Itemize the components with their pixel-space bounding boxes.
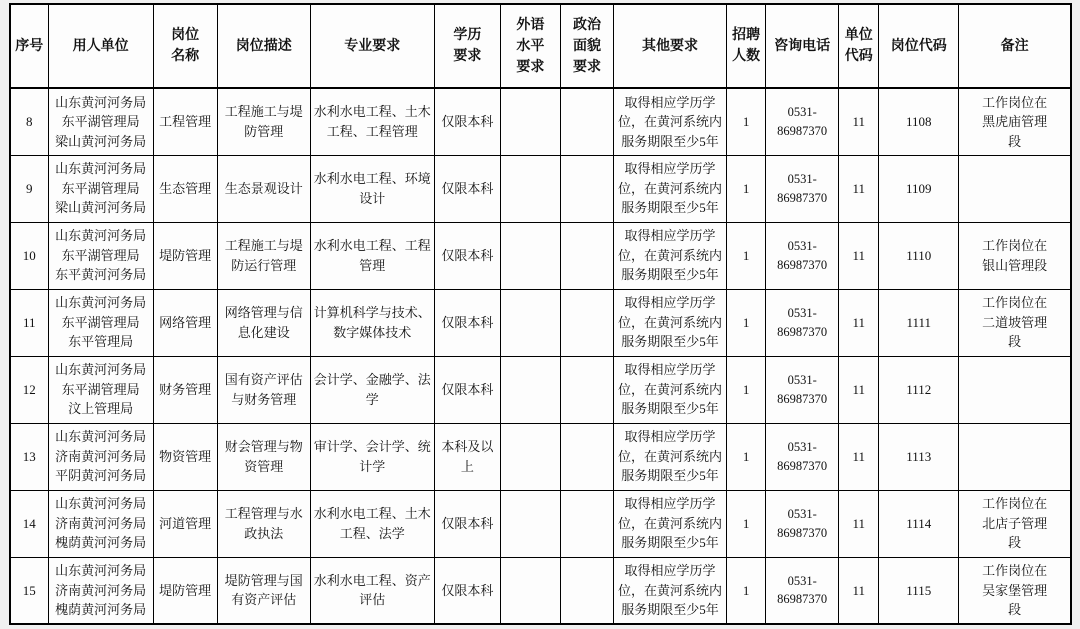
cell-political_req xyxy=(560,289,613,356)
cell-other_req: 取得相应学历学位，在黄河系统内服务期限至少5年 xyxy=(614,289,727,356)
cell-political_req xyxy=(560,423,613,490)
cell-position_name: 工程管理 xyxy=(153,88,217,155)
column-header-unit_code: 单位 代码 xyxy=(839,4,879,88)
cell-political_req xyxy=(560,222,613,289)
cell-political_req xyxy=(560,557,613,624)
cell-other_req: 取得相应学历学位，在黄河系统内服务期限至少5年 xyxy=(614,356,727,423)
cell-position_desc: 财会管理与物资管理 xyxy=(217,423,310,490)
cell-edu_req: 仅限本科 xyxy=(434,222,500,289)
cell-other_req: 取得相应学历学位，在黄河系统内服务期限至少5年 xyxy=(614,490,727,557)
cell-political_req xyxy=(560,490,613,557)
cell-foreign_lang_req xyxy=(500,155,560,222)
column-header-remark: 备注 xyxy=(959,4,1071,88)
cell-major_req: 水利水电工程、资产评估 xyxy=(310,557,434,624)
column-header-major_req: 专业要求 xyxy=(310,4,434,88)
cell-employer: 山东黄河河务局 济南黄河河务局 平阴黄河河务局 xyxy=(48,423,153,490)
cell-post_code: 1108 xyxy=(879,88,959,155)
cell-phone: 0531-86987370 xyxy=(766,155,839,222)
cell-foreign_lang_req xyxy=(500,557,560,624)
cell-headcount: 1 xyxy=(727,88,766,155)
cell-headcount: 1 xyxy=(727,356,766,423)
cell-position_desc: 生态景观设计 xyxy=(217,155,310,222)
cell-post_code: 1110 xyxy=(879,222,959,289)
cell-other_req: 取得相应学历学位，在黄河系统内服务期限至少5年 xyxy=(614,423,727,490)
table-row: 11山东黄河河务局 东平湖管理局 东平管理局网络管理网络管理与信息化建设计算机科… xyxy=(10,289,1071,356)
table-row: 8山东黄河河务局 东平湖管理局 梁山黄河河务局工程管理工程施工与堤防管理水利水电… xyxy=(10,88,1071,155)
cell-post_code: 1114 xyxy=(879,490,959,557)
cell-other_req: 取得相应学历学位，在黄河系统内服务期限至少5年 xyxy=(614,222,727,289)
cell-major_req: 计算机科学与技术、数字媒体技术 xyxy=(310,289,434,356)
cell-remark: 工作岗位在北店子管理段 xyxy=(959,490,1071,557)
cell-foreign_lang_req xyxy=(500,88,560,155)
column-header-seq: 序号 xyxy=(10,4,48,88)
cell-phone: 0531-86987370 xyxy=(766,289,839,356)
cell-position_desc: 工程管理与水政执法 xyxy=(217,490,310,557)
cell-position_name: 河道管理 xyxy=(153,490,217,557)
cell-post_code: 1112 xyxy=(879,356,959,423)
cell-remark: 工作岗位在黑虎庙管理段 xyxy=(959,88,1071,155)
cell-position_desc: 网络管理与信息化建设 xyxy=(217,289,310,356)
cell-phone: 0531-86987370 xyxy=(766,490,839,557)
cell-seq: 15 xyxy=(10,557,48,624)
cell-foreign_lang_req xyxy=(500,356,560,423)
cell-major_req: 水利水电工程、土木工程、法学 xyxy=(310,490,434,557)
cell-phone: 0531-86987370 xyxy=(766,423,839,490)
cell-headcount: 1 xyxy=(727,423,766,490)
cell-major_req: 水利水电工程、工程管理 xyxy=(310,222,434,289)
cell-political_req xyxy=(560,155,613,222)
cell-major_req: 会计学、金融学、法学 xyxy=(310,356,434,423)
cell-remark: 工作岗位在吴家堡管理段 xyxy=(959,557,1071,624)
table-row: 13山东黄河河务局 济南黄河河务局 平阴黄河河务局物资管理财会管理与物资管理审计… xyxy=(10,423,1071,490)
cell-edu_req: 本科及以上 xyxy=(434,423,500,490)
cell-political_req xyxy=(560,356,613,423)
cell-political_req xyxy=(560,88,613,155)
cell-unit_code: 11 xyxy=(839,289,879,356)
cell-seq: 14 xyxy=(10,490,48,557)
cell-employer: 山东黄河河务局 济南黄河河务局 槐荫黄河河务局 xyxy=(48,490,153,557)
cell-headcount: 1 xyxy=(727,222,766,289)
cell-headcount: 1 xyxy=(727,490,766,557)
cell-position_name: 生态管理 xyxy=(153,155,217,222)
table-row: 10山东黄河河务局 东平湖管理局 东平黄河河务局堤防管理工程施工与堤防运行管理水… xyxy=(10,222,1071,289)
cell-other_req: 取得相应学历学位，在黄河系统内服务期限至少5年 xyxy=(614,155,727,222)
cell-unit_code: 11 xyxy=(839,356,879,423)
column-header-phone: 咨询电话 xyxy=(766,4,839,88)
column-header-edu_req: 学历 要求 xyxy=(434,4,500,88)
cell-foreign_lang_req xyxy=(500,289,560,356)
cell-position_desc: 国有资产评估与财务管理 xyxy=(217,356,310,423)
column-header-position_name: 岗位 名称 xyxy=(153,4,217,88)
cell-major_req: 水利水电工程、土木工程、工程管理 xyxy=(310,88,434,155)
cell-edu_req: 仅限本科 xyxy=(434,557,500,624)
cell-other_req: 取得相应学历学位，在黄河系统内服务期限至少5年 xyxy=(614,557,727,624)
header-row: 序号用人单位岗位 名称岗位描述专业要求学历 要求外语 水平 要求政治 面貌 要求… xyxy=(10,4,1071,88)
cell-position_name: 财务管理 xyxy=(153,356,217,423)
cell-position_name: 物资管理 xyxy=(153,423,217,490)
cell-employer: 山东黄河河务局 东平湖管理局 汶上管理局 xyxy=(48,356,153,423)
cell-position_name: 堤防管理 xyxy=(153,557,217,624)
cell-other_req: 取得相应学历学位，在黄河系统内服务期限至少5年 xyxy=(614,88,727,155)
cell-seq: 12 xyxy=(10,356,48,423)
cell-post_code: 1111 xyxy=(879,289,959,356)
cell-foreign_lang_req xyxy=(500,490,560,557)
cell-seq: 11 xyxy=(10,289,48,356)
column-header-position_desc: 岗位描述 xyxy=(217,4,310,88)
cell-phone: 0531-86987370 xyxy=(766,88,839,155)
cell-remark: 工作岗位在二道坡管理段 xyxy=(959,289,1071,356)
cell-headcount: 1 xyxy=(727,155,766,222)
column-header-post_code: 岗位代码 xyxy=(879,4,959,88)
cell-employer: 山东黄河河务局 济南黄河河务局 槐荫黄河河务局 xyxy=(48,557,153,624)
cell-seq: 9 xyxy=(10,155,48,222)
cell-post_code: 1113 xyxy=(879,423,959,490)
cell-major_req: 审计学、会计学、统计学 xyxy=(310,423,434,490)
cell-foreign_lang_req xyxy=(500,423,560,490)
cell-position_name: 网络管理 xyxy=(153,289,217,356)
cell-phone: 0531-86987370 xyxy=(766,557,839,624)
page: 序号用人单位岗位 名称岗位描述专业要求学历 要求外语 水平 要求政治 面貌 要求… xyxy=(0,0,1080,629)
cell-unit_code: 11 xyxy=(839,155,879,222)
cell-major_req: 水利水电工程、环境设计 xyxy=(310,155,434,222)
cell-seq: 10 xyxy=(10,222,48,289)
cell-edu_req: 仅限本科 xyxy=(434,88,500,155)
cell-unit_code: 11 xyxy=(839,557,879,624)
cell-phone: 0531-86987370 xyxy=(766,356,839,423)
cell-position_desc: 工程施工与堤防管理 xyxy=(217,88,310,155)
cell-edu_req: 仅限本科 xyxy=(434,289,500,356)
cell-edu_req: 仅限本科 xyxy=(434,356,500,423)
cell-seq: 8 xyxy=(10,88,48,155)
cell-phone: 0531-86987370 xyxy=(766,222,839,289)
cell-headcount: 1 xyxy=(727,557,766,624)
cell-post_code: 1109 xyxy=(879,155,959,222)
table-body: 8山东黄河河务局 东平湖管理局 梁山黄河河务局工程管理工程施工与堤防管理水利水电… xyxy=(10,88,1071,624)
cell-employer: 山东黄河河务局 东平湖管理局 东平黄河河务局 xyxy=(48,222,153,289)
column-header-foreign_lang_req: 外语 水平 要求 xyxy=(500,4,560,88)
cell-post_code: 1115 xyxy=(879,557,959,624)
cell-edu_req: 仅限本科 xyxy=(434,155,500,222)
cell-unit_code: 11 xyxy=(839,88,879,155)
cell-unit_code: 11 xyxy=(839,490,879,557)
cell-position_desc: 工程施工与堤防运行管理 xyxy=(217,222,310,289)
cell-employer: 山东黄河河务局 东平湖管理局 梁山黄河河务局 xyxy=(48,155,153,222)
cell-position_name: 堤防管理 xyxy=(153,222,217,289)
table-row: 14山东黄河河务局 济南黄河河务局 槐荫黄河河务局河道管理工程管理与水政执法水利… xyxy=(10,490,1071,557)
column-header-headcount: 招聘 人数 xyxy=(727,4,766,88)
table-row: 15山东黄河河务局 济南黄河河务局 槐荫黄河河务局堤防管理堤防管理与国有资产评估… xyxy=(10,557,1071,624)
table-row: 12山东黄河河务局 东平湖管理局 汶上管理局财务管理国有资产评估与财务管理会计学… xyxy=(10,356,1071,423)
cell-foreign_lang_req xyxy=(500,222,560,289)
cell-position_desc: 堤防管理与国有资产评估 xyxy=(217,557,310,624)
column-header-employer: 用人单位 xyxy=(48,4,153,88)
cell-seq: 13 xyxy=(10,423,48,490)
cell-remark: 工作岗位在银山管理段 xyxy=(959,222,1071,289)
column-header-political_req: 政治 面貌 要求 xyxy=(560,4,613,88)
column-header-other_req: 其他要求 xyxy=(614,4,727,88)
cell-headcount: 1 xyxy=(727,289,766,356)
cell-unit_code: 11 xyxy=(839,222,879,289)
cell-unit_code: 11 xyxy=(839,423,879,490)
cell-remark xyxy=(959,423,1071,490)
recruitment-table: 序号用人单位岗位 名称岗位描述专业要求学历 要求外语 水平 要求政治 面貌 要求… xyxy=(9,3,1072,625)
cell-remark xyxy=(959,356,1071,423)
table-row: 9山东黄河河务局 东平湖管理局 梁山黄河河务局生态管理生态景观设计水利水电工程、… xyxy=(10,155,1071,222)
cell-remark xyxy=(959,155,1071,222)
cell-employer: 山东黄河河务局 东平湖管理局 东平管理局 xyxy=(48,289,153,356)
cell-employer: 山东黄河河务局 东平湖管理局 梁山黄河河务局 xyxy=(48,88,153,155)
cell-edu_req: 仅限本科 xyxy=(434,490,500,557)
